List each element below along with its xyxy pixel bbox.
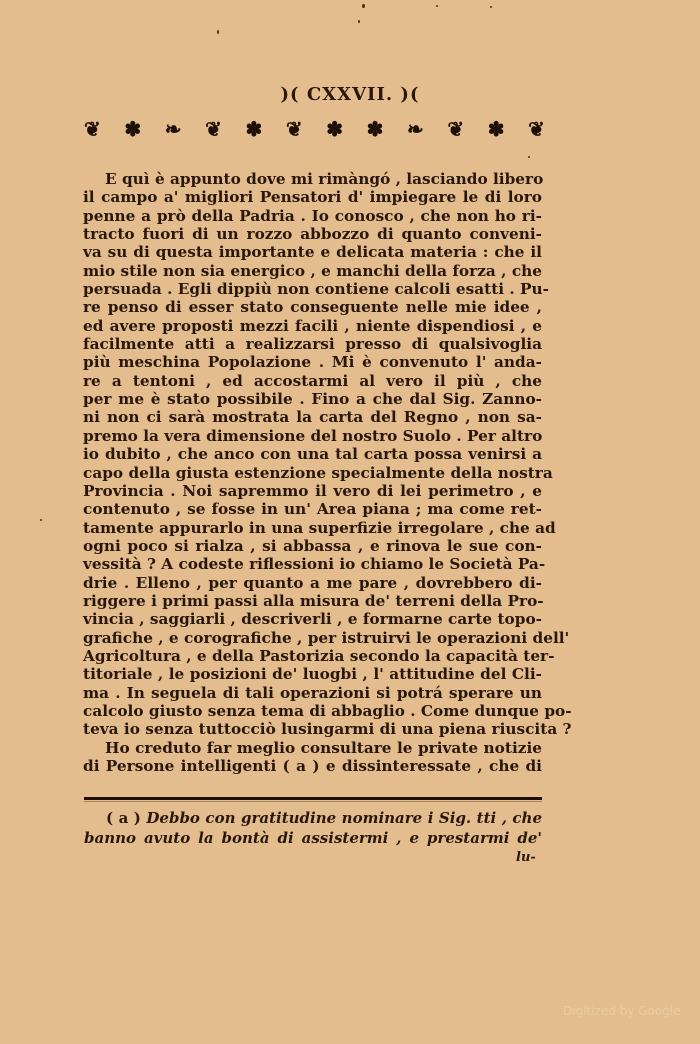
text-line: ni non ci sarà mostrata la carta del Reg… [83, 408, 542, 426]
footnote: ( a ) Debbo con gratitudine nominare i S… [84, 808, 542, 848]
text-line: riggere i primi passi alla misura de' te… [83, 592, 542, 610]
scan-speck [490, 6, 492, 8]
ornament-glyph-icon: ✽ [124, 117, 140, 141]
scan-speck [362, 4, 365, 8]
text-line: mio stile non sia energico , e manchi de… [83, 262, 542, 280]
text-line: per me è stato possibile . Fino a che da… [83, 390, 542, 408]
text-line: contenuto , se fosse in un' Area piana ;… [83, 500, 542, 518]
ornament-glyph-icon: ✽ [246, 117, 262, 141]
footnote-marker: ( a ) [106, 809, 146, 827]
scan-speck [436, 5, 438, 7]
text-line: grafiche , e corografiche , per istruirv… [83, 629, 542, 647]
text-line: va su di questa importante e delicata ma… [83, 243, 542, 261]
text-line: vincia , saggiarli , descriverli , e for… [83, 610, 542, 628]
text-line: io dubito , che anco con una tal carta p… [83, 445, 542, 463]
ornament-glyph-icon: ❧ [165, 117, 181, 141]
text-line: Ho creduto far meglio consultare le priv… [83, 739, 542, 757]
text-line: teva io senza tuttocciò lusingarmi di un… [83, 720, 542, 738]
text-line: persuada . Egli dippiù non contiene calc… [83, 280, 542, 298]
text-line: di Persone intelligenti ( a ) e dissinte… [83, 757, 542, 775]
text-line: ogni poco si rialza , si abbassa , e rin… [83, 537, 542, 555]
footnote-line: ( a ) Debbo con gratitudine nominare i S… [84, 808, 542, 828]
text-line: vessità ? A codeste riflessioni io chiam… [83, 555, 542, 573]
ornament-glyph-icon: ❧ [407, 117, 423, 141]
ornament-glyph-icon: ❦ [528, 117, 544, 141]
scan-speck [528, 156, 530, 158]
text-line: titoriale , le posizioni de' luogbi , l'… [83, 665, 542, 683]
text-line: E quì è appunto dove mi rimàngó , lascia… [83, 170, 542, 188]
ornament-glyph-icon: ❦ [205, 117, 221, 141]
text-line: il campo a' migliori Pensatori d' impieg… [83, 188, 542, 206]
text-line: ma . In seguela di tali operazioni si po… [83, 684, 542, 702]
text-line: più meschina Popolazione . Mi è convenut… [83, 353, 542, 371]
text-line: capo della giusta estenzione specialment… [83, 464, 542, 482]
ornament-glyph-icon: ✽ [367, 117, 383, 141]
body-text: E quì è appunto dove mi rimàngó , lascia… [83, 170, 542, 775]
ornament-glyph-icon: ✽ [326, 117, 342, 141]
text-line: calcolo giusto senza tema di abbaglio . … [83, 702, 542, 720]
decorative-ornament-band: ❦✽❧❦✽❦✽✽❧❦✽❦ [84, 116, 544, 142]
text-line: Agricoltura , e della Pastorizia secondo… [83, 647, 542, 665]
text-line: re a tentoni , ed accostarmi al vero il … [83, 372, 542, 390]
footnote-text: Debbo con gratitudine nominare i Sig. tt… [146, 809, 542, 827]
text-line: facilmente atti a realizzarsi presso di … [83, 335, 542, 353]
text-line: tracto fuori di un rozzo abbozzo di quan… [83, 225, 542, 243]
watermark: Digitized by Google [563, 1004, 681, 1018]
scan-speck [217, 30, 219, 34]
footnote-separator-shadow [84, 801, 542, 802]
text-line: ed avere proposti mezzi facili , niente … [83, 317, 542, 335]
catchword: lu- [516, 850, 536, 865]
text-line: re penso di esser stato conseguente nell… [83, 298, 542, 316]
text-line: drie . Elleno , per quanto a me pare , d… [83, 574, 542, 592]
page-number-heading: )( CXXVII. )( [0, 84, 700, 105]
footnote-line: banno avuto la bontà di assistermi , e p… [84, 828, 542, 848]
text-line: premo la vera dimensione del nostro Suol… [83, 427, 542, 445]
ornament-glyph-icon: ❦ [447, 117, 463, 141]
text-line: tamente appurarlo in una superfizie irre… [83, 519, 542, 537]
ornament-glyph-icon: ❦ [84, 117, 100, 141]
text-line: Provincia . Noi sapremmo il vero di lei … [83, 482, 542, 500]
scan-speck [358, 20, 360, 23]
ornament-glyph-icon: ✽ [488, 117, 504, 141]
ornament-glyph-icon: ❦ [286, 117, 302, 141]
text-line: penne a prò della Padria . Io conosco , … [83, 207, 542, 225]
footnote-separator-rule [84, 797, 542, 800]
scan-speck [40, 519, 42, 521]
